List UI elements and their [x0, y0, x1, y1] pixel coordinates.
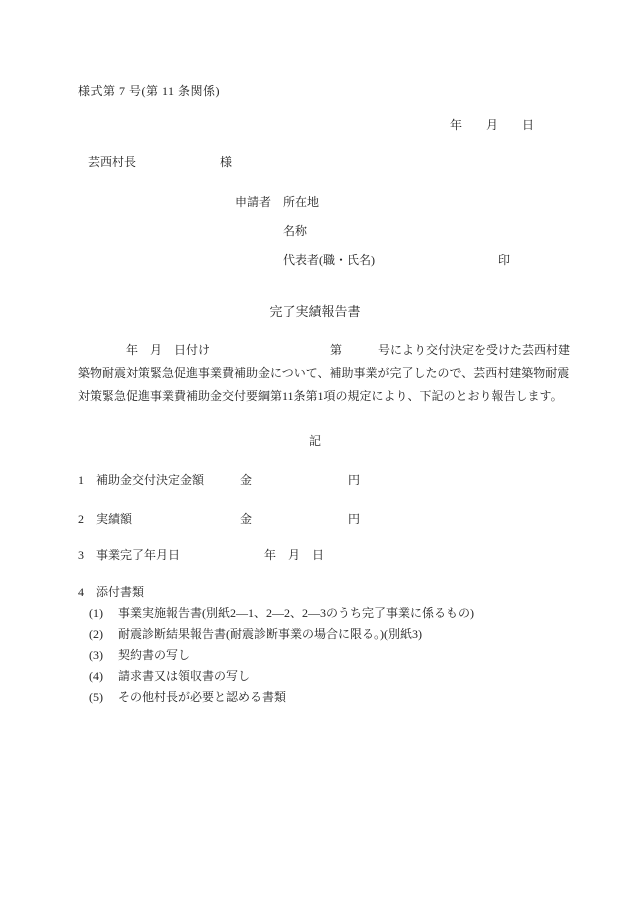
attachment-text: 契約書の写し — [118, 648, 570, 663]
applicant-name-row: 名称 — [235, 224, 570, 239]
attachment-text: 事業実施報告書(別紙2―1、2―2、2―3のうち完了事業に係るもの) — [118, 606, 570, 621]
attachment-item-2: (2) 耐震診断結果報告書(耐震診断事業の場合に限る。)(別紙3) — [78, 627, 570, 642]
attachment-item-4: (4) 請求書又は領収書の写し — [78, 669, 570, 684]
item-grant-decision-amount: 1 補助金交付決定金額 金 円 — [78, 473, 570, 488]
section-marker-ki: 記 — [0, 434, 630, 449]
applicant-representative-row: 代表者(職・氏名)印 — [235, 253, 570, 268]
applicant-address-row: 申請者 所在地 — [235, 195, 570, 210]
date-line: 年 月 日 — [78, 118, 570, 133]
item-attachments-header: 4 添付書類 — [78, 585, 570, 600]
paragraph-line-3: 対策緊急促進事業費補助金交付要綱第11条第1項の規定により、下記のとおり報告しま… — [78, 385, 570, 408]
item-completion-date: 3 事業完了年月日 年 月 日 — [78, 548, 570, 563]
attachment-item-5: (5) その他村長が必要と認める書類 — [78, 690, 570, 705]
paragraph-line-1: 年 月 日付け 第 号により交付決定を受けた芸西村建 — [78, 339, 570, 362]
attachment-number: (5) — [89, 690, 118, 705]
attachment-text: 請求書又は領収書の写し — [118, 669, 570, 684]
addressee-line: 芸西村長 様 — [88, 155, 570, 170]
attachment-number: (3) — [89, 648, 118, 663]
document-content: 様式第 7 号(第 11 条関係) 年 月 日 芸西村長 様 申請者 所在地 名… — [0, 0, 630, 705]
seal-mark: 印 — [498, 253, 510, 267]
attachment-number: (2) — [89, 627, 118, 642]
attachment-text: 耐震診断結果報告書(耐震診断事業の場合に限る。)(別紙3) — [118, 627, 570, 642]
attachment-item-3: (3) 契約書の写し — [78, 648, 570, 663]
attachments-list: (1) 事業実施報告書(別紙2―1、2―2、2―3のうち完了事業に係るもの) (… — [78, 606, 570, 705]
applicant-block: 申請者 所在地 名称 代表者(職・氏名)印 — [235, 195, 570, 268]
attachment-item-1: (1) 事業実施報告書(別紙2―1、2―2、2―3のうち完了事業に係るもの) — [78, 606, 570, 621]
body-paragraph: 年 月 日付け 第 号により交付決定を受けた芸西村建 築物耐震対策緊急促進事業費… — [78, 339, 570, 408]
document-page: 様式第 7 号(第 11 条関係) 年 月 日 芸西村長 様 申請者 所在地 名… — [0, 0, 630, 903]
form-number: 様式第 7 号(第 11 条関係) — [78, 84, 570, 99]
paragraph-line-2: 築物耐震対策緊急促進事業費補助金について、補助事業が完了したので、芸西村建築物耐… — [78, 362, 570, 385]
item-actual-amount: 2 実績額 金 円 — [78, 512, 570, 527]
document-title: 完了実績報告書 — [0, 304, 630, 319]
representative-label: 代表者(職・氏名) — [235, 253, 375, 267]
attachment-number: (4) — [89, 669, 118, 684]
attachment-text: その他村長が必要と認める書類 — [118, 690, 570, 705]
attachment-number: (1) — [89, 606, 118, 621]
